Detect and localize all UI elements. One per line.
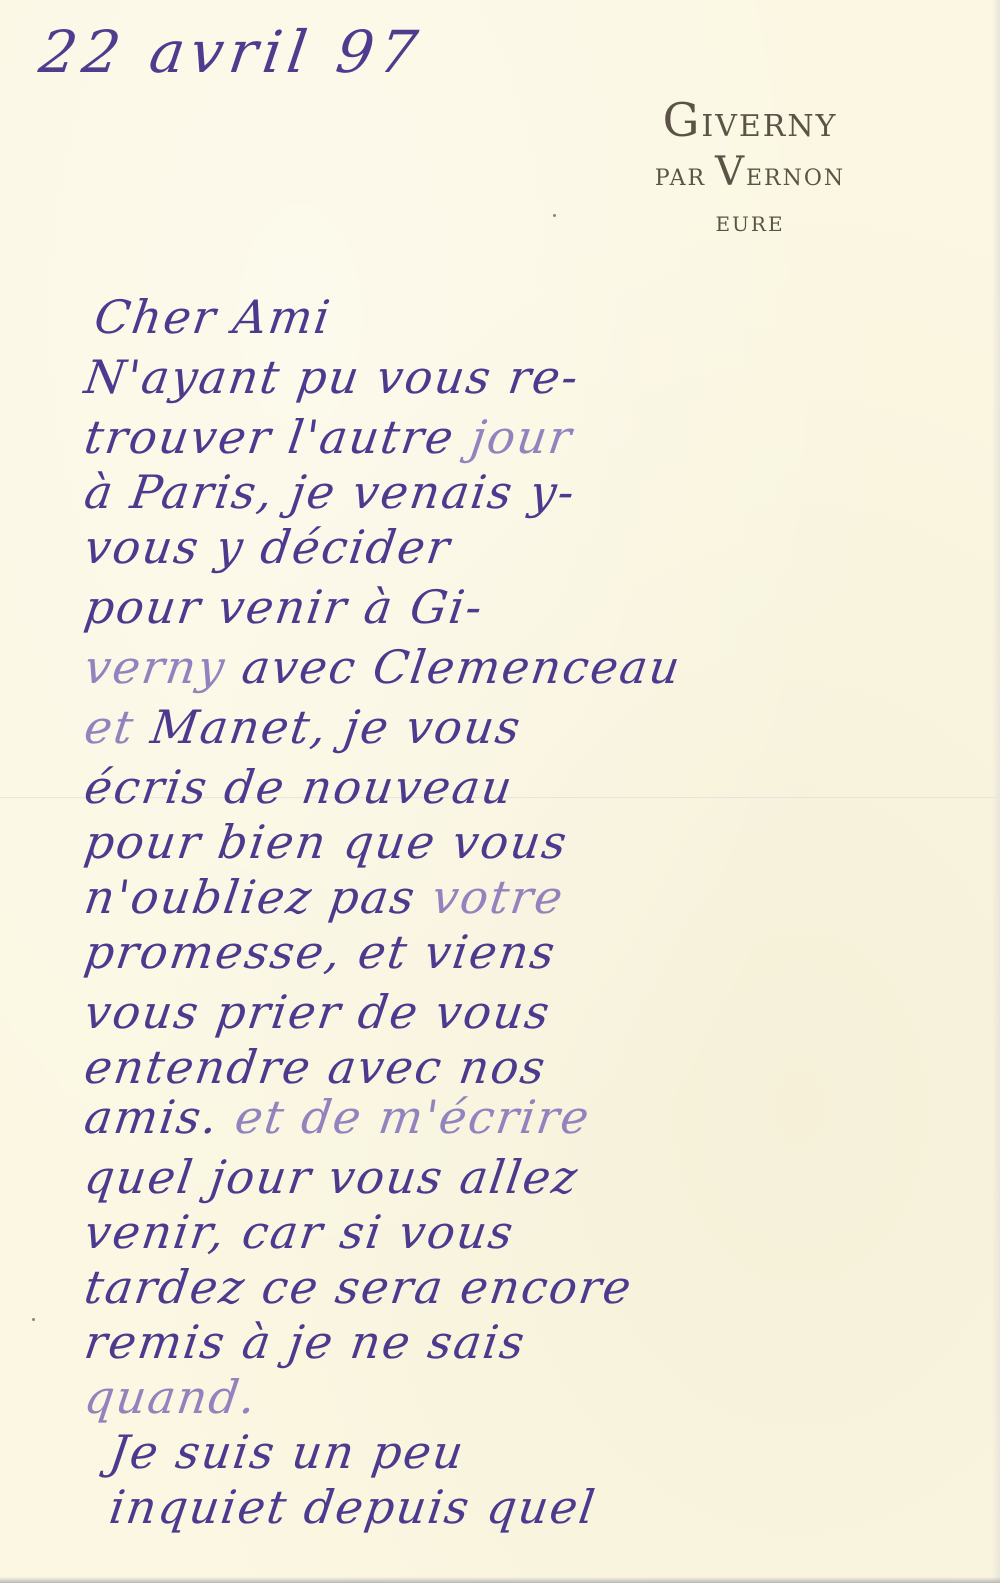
letter-line: pour bien que vous xyxy=(81,815,571,869)
letter-line-text: écris de nouveau xyxy=(81,760,517,814)
letter-line: entendre avec nos xyxy=(81,1040,550,1094)
letterhead-department: EURE xyxy=(610,204,890,244)
letter-line: écris de nouveau xyxy=(81,760,517,814)
letter-line: pour venir à Gi- xyxy=(81,580,487,634)
letter-line-text: inquiet depuis quel xyxy=(106,1480,600,1534)
letter-line: à Paris, je venais y- xyxy=(81,465,579,519)
letter-line-text: venir, car si vous xyxy=(81,1205,518,1259)
ink-speck xyxy=(32,1318,35,1321)
letter-line-text: vous y décider xyxy=(81,520,455,574)
letter-line-text: quel jour vous allez xyxy=(81,1150,582,1204)
letter-line-text: n'oubliez pas xyxy=(81,870,436,924)
letter-line-text: à Paris, je venais y- xyxy=(81,465,579,519)
faded-ink-text: votre xyxy=(429,870,568,924)
letter-line-text: avec Clemenceau xyxy=(239,640,685,694)
paper-right-edge xyxy=(992,0,1000,1583)
letter-line: n'oubliez pas votre xyxy=(81,870,568,924)
letter-line-text: Manet, je vous xyxy=(148,700,526,754)
faded-ink-text: verny xyxy=(81,640,246,694)
letter-line-text: promesse, et viens xyxy=(81,925,560,979)
salutation: Cher Ami xyxy=(91,290,335,344)
letter-line-text: pour bien que vous xyxy=(81,815,571,869)
letter-line: quand. xyxy=(81,1370,261,1424)
letter-line: trouver l'autre jour xyxy=(81,410,577,464)
letter-line: vous y décider xyxy=(81,520,455,574)
letter-date: 22 avril 97 xyxy=(35,18,427,86)
letter-line-text: trouver l'autre xyxy=(81,410,475,464)
letterhead-via: PAR VERNON xyxy=(610,147,890,204)
letter-line-text: N'ayant pu vous re- xyxy=(81,350,583,404)
letterhead: GIVERNY PAR VERNON EURE xyxy=(610,100,890,244)
letter-line: Je suis un peu xyxy=(106,1425,468,1479)
letter-line: tardez ce sera encore xyxy=(81,1260,636,1314)
ink-speck xyxy=(553,214,556,217)
letter-line: verny avec Clemenceau xyxy=(81,640,685,694)
letterhead-ornate-v: V xyxy=(715,149,746,195)
letter-line: quel jour vous allez xyxy=(81,1150,582,1204)
letter-line: inquiet depuis quel xyxy=(106,1480,600,1534)
letterhead-par: PAR xyxy=(655,166,715,191)
faded-ink-text: jour xyxy=(468,410,577,464)
letter-line: remis à je ne sais xyxy=(81,1315,529,1369)
letter-line-text: tardez ce sera encore xyxy=(81,1260,636,1314)
faded-ink-text: et xyxy=(81,700,155,754)
letter-line-text: entendre avec nos xyxy=(81,1040,550,1094)
letter-line-text: amis. xyxy=(81,1090,239,1144)
letter-line-text: remis à je ne sais xyxy=(81,1315,529,1369)
letter-line: promesse, et viens xyxy=(81,925,560,979)
letter-line: venir, car si vous xyxy=(81,1205,518,1259)
letter-line: et Manet, je vous xyxy=(81,700,525,754)
letter-line: N'ayant pu vous re- xyxy=(81,350,583,404)
letter-line-text: pour venir à Gi- xyxy=(81,580,487,634)
letterhead-town-rest: IVERNY xyxy=(701,109,837,144)
letter-line: vous prier de vous xyxy=(81,985,554,1039)
letter-line-text: vous prier de vous xyxy=(81,985,554,1039)
letterhead-vernon-rest: ERNON xyxy=(746,166,845,191)
paper-bottom-edge xyxy=(0,1577,1000,1583)
letterhead-town: GIVERNY xyxy=(610,100,890,147)
letter-line: amis. et de m'écrire xyxy=(81,1090,594,1144)
letter-line-text: Je suis un peu xyxy=(106,1425,468,1479)
faded-ink-text: quand. xyxy=(81,1370,261,1424)
faded-ink-text: et de m'écrire xyxy=(232,1090,594,1144)
letterhead-ornate-initial: G xyxy=(663,93,702,147)
